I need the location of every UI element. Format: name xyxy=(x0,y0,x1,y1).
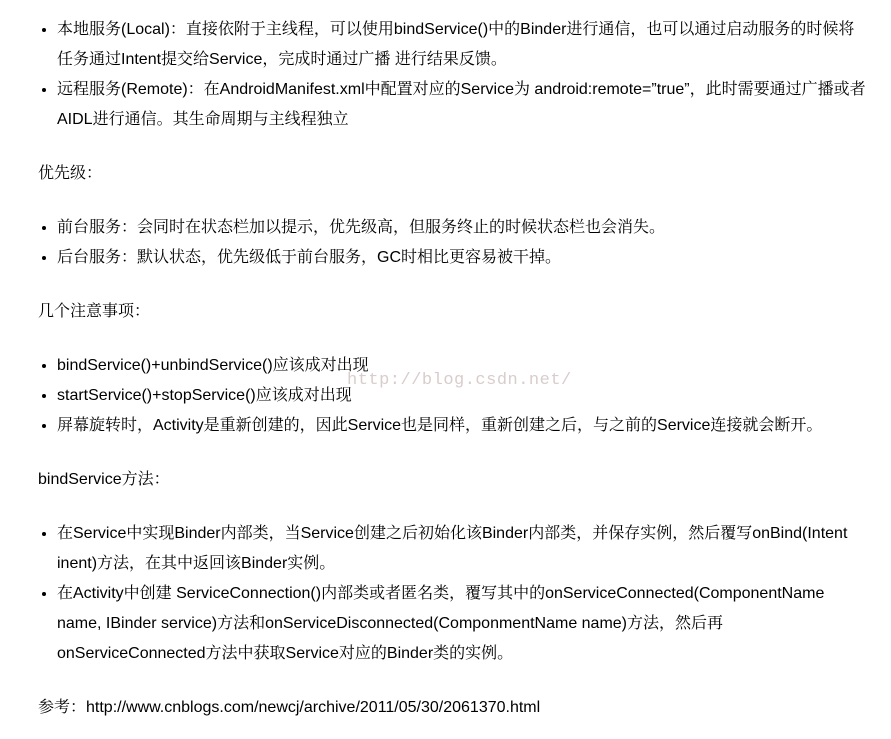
notes-list: bindService()+unbindService()应该成对出现start… xyxy=(38,351,868,441)
list-item: 前台服务：会同时在状态栏加以提示，优先级高，但服务终止的时候状态栏也会消失。 xyxy=(57,213,868,243)
service-types-list: 本地服务(Local)：直接依附于主线程，可以使用bindService()中的… xyxy=(38,15,868,135)
list-item: 在Service中实现Binder内部类，当Service创建之后初始化该Bin… xyxy=(57,519,868,579)
article-content: 本地服务(Local)：直接依附于主线程，可以使用bindService()中的… xyxy=(38,15,868,739)
page: { "page": { "background_color": "#ffffff… xyxy=(0,0,891,739)
list-item: bindService()+unbindService()应该成对出现 xyxy=(57,351,868,381)
notes-heading: 几个注意事项： xyxy=(38,297,868,327)
list-item: 远程服务(Remote)：在AndroidManifest.xml中配置对应的S… xyxy=(57,75,868,135)
reference-line: 参考：http://www.cnblogs.com/newcj/archive/… xyxy=(38,693,868,723)
list-item: 屏幕旋转时，Activity是重新创建的，因此Service也是同样，重新创建之… xyxy=(57,411,868,441)
priority-heading: 优先级： xyxy=(38,159,868,189)
bindservice-method-heading: bindService方法： xyxy=(38,465,868,495)
bindservice-steps-list: 在Service中实现Binder内部类，当Service创建之后初始化该Bin… xyxy=(38,519,868,669)
list-item: 本地服务(Local)：直接依附于主线程，可以使用bindService()中的… xyxy=(57,15,868,75)
list-item: startService()+stopService()应该成对出现 xyxy=(57,381,868,411)
priority-list: 前台服务：会同时在状态栏加以提示，优先级高，但服务终止的时候状态栏也会消失。后台… xyxy=(38,213,868,273)
list-item: 在Activity中创建 ServiceConnection()内部类或者匿名类… xyxy=(57,579,868,669)
list-item: 后台服务：默认状态，优先级低于前台服务，GC时相比更容易被干掉。 xyxy=(57,243,868,273)
